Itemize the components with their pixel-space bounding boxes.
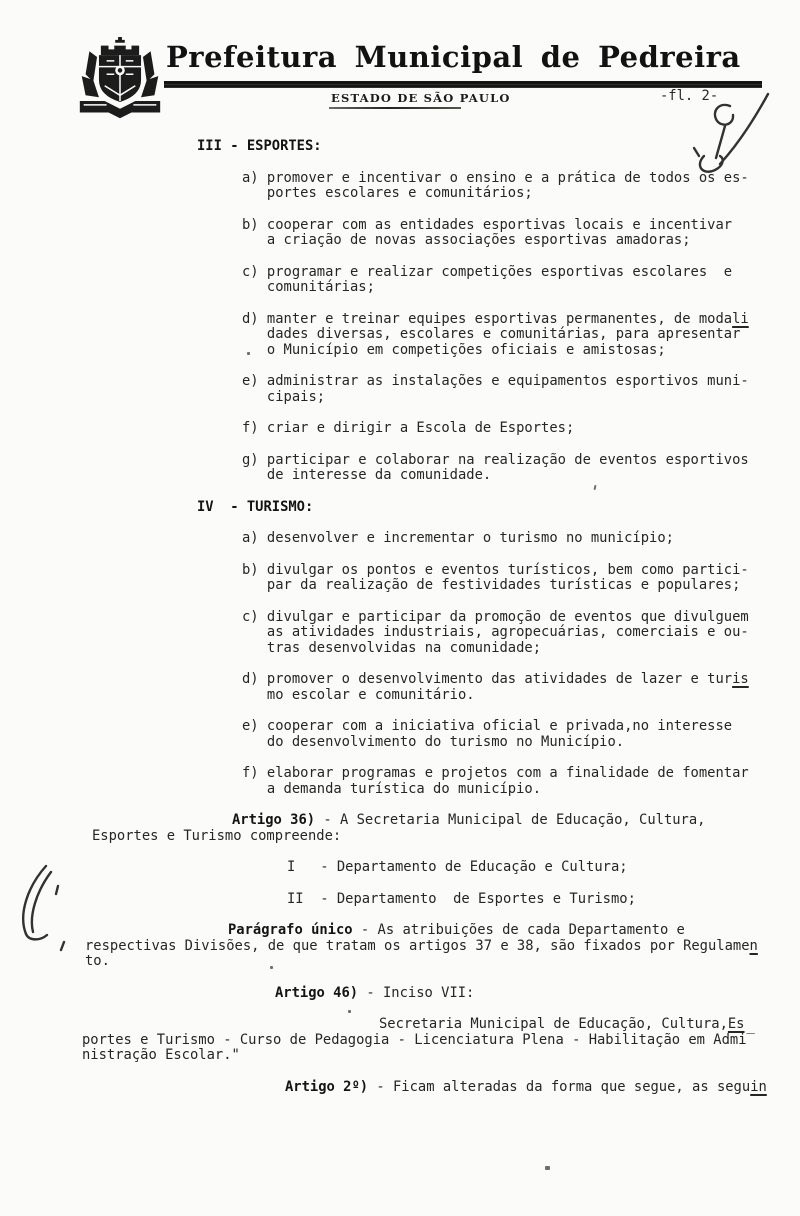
item-iii-b: b) cooperar com as entidades esportivas … <box>0 218 800 249</box>
section-heading: III - ESPORTES: <box>197 139 800 155</box>
text-line: II - Departamento de Esportes e Turismo; <box>287 892 800 908</box>
text-line: comunitárias; <box>242 280 800 296</box>
text-line: Esportes e Turismo compreende: <box>92 829 800 845</box>
item-iii-f: f) criar e dirigir a Escola de Esportes; <box>0 421 800 437</box>
document-body: III - ESPORTES:a) promover e incentivar … <box>0 139 800 1111</box>
text-line: portes e Turismo - Curso de Pedagogia - … <box>82 1033 800 1049</box>
text-line: f) elaborar programas e projetos com a f… <box>242 766 800 782</box>
item-iv-f: f) elaborar programas e projetos com a f… <box>0 766 800 797</box>
item-iii-e: e) administrar as instalações e equipame… <box>0 374 800 405</box>
item-iv-c: c) divulgar e participar da promoção de … <box>0 610 800 657</box>
artigo-heading: Parágrafo único - As atribuições de cada… <box>228 923 800 939</box>
page-number-label: -fl. 2- <box>660 88 718 104</box>
document-page: Prefeitura Municipal de Pedreira ESTADO … <box>0 0 800 1216</box>
item-iv-a: a) desenvolver e incrementar o turismo n… <box>0 531 800 547</box>
text-line: to. <box>85 954 800 970</box>
text-line: nistração Escolar." <box>82 1048 800 1064</box>
section-iv: IV - TURISMO: <box>0 500 800 516</box>
text-line: a criação de novas associações esportiva… <box>242 233 800 249</box>
text-line: b) cooperar com as entidades esportivas … <box>242 218 800 234</box>
section-heading: IV - TURISMO: <box>197 500 800 516</box>
item-iv-b: b) divulgar os pontos e eventos turístic… <box>0 563 800 594</box>
artigo-2: Artigo 2º) - Ficam alteradas da forma qu… <box>0 1080 800 1096</box>
text-line: respectivas Divisões, de que tratam os a… <box>85 939 800 955</box>
inciso-vii-text: Secretaria Municipal de Educação, Cultur… <box>0 1017 800 1064</box>
text-line: d) promover o desenvolvimento das ativid… <box>242 672 800 688</box>
depto-ii: II - Departamento de Esportes e Turismo; <box>0 892 800 908</box>
text-line: e) cooperar com a iniciativa oficial e p… <box>242 719 800 735</box>
item-iii-c: c) programar e realizar competições espo… <box>0 265 800 296</box>
depto-i: I - Departamento de Educação e Cultura; <box>0 860 800 876</box>
artigo-heading: Artigo 36) - A Secretaria Municipal de E… <box>232 813 800 829</box>
item-iii-a: a) promover e incentivar o ensino e a pr… <box>0 171 800 202</box>
artigo-heading: Artigo 46) - Inciso VII: <box>275 986 800 1002</box>
artigo-36: Artigo 36) - A Secretaria Municipal de E… <box>0 813 800 844</box>
text-line: de interesse da comunidade. <box>242 468 800 484</box>
state-subtitle: ESTADO DE SÃO PAULO <box>331 91 511 105</box>
text-line: mo escolar e comunitário. <box>242 688 800 704</box>
text-line: c) programar e realizar competições espo… <box>242 265 800 281</box>
text-line: I - Departamento de Educação e Cultura; <box>287 860 800 876</box>
item-iv-d: d) promover o desenvolvimento das ativid… <box>0 672 800 703</box>
item-iv-e: e) cooperar com a iniciativa oficial e p… <box>0 719 800 750</box>
text-line: a demanda turística do município. <box>242 782 800 798</box>
page-title: Prefeitura Municipal de Pedreira <box>166 40 766 74</box>
section-iii: III - ESPORTES: <box>0 139 800 155</box>
text-line: c) divulgar e participar da promoção de … <box>242 610 800 626</box>
text-line: a) promover e incentivar o ensino e a pr… <box>242 171 800 187</box>
text-line: tras desenvolvidas na comunidade; <box>242 641 800 657</box>
subtitle-rule <box>329 107 461 109</box>
text-line: portes escolares e comunitários; <box>242 186 800 202</box>
title-rule <box>164 81 762 88</box>
text-line: par da realização de festividades turíst… <box>242 578 800 594</box>
text-line: a) desenvolver e incrementar o turismo n… <box>242 531 800 547</box>
item-iii-g: g) participar e colaborar na realização … <box>0 453 800 484</box>
text-line: b) divulgar os pontos e eventos turístic… <box>242 563 800 579</box>
artigo-heading: Artigo 2º) - Ficam alteradas da forma qu… <box>285 1080 800 1096</box>
text-line: dades diversas, escolares e comunitárias… <box>242 327 800 343</box>
text-line: do desenvolvimento do turismo no Municíp… <box>242 735 800 751</box>
scan-speck <box>545 1166 550 1170</box>
text-line: cipais; <box>242 390 800 406</box>
item-iii-d: d) manter e treinar equipes esportivas p… <box>0 312 800 359</box>
text-line: e) administrar as instalações e equipame… <box>242 374 800 390</box>
paragrafo-unico: Parágrafo único - As atribuições de cada… <box>0 923 800 970</box>
text-line: d) manter e treinar equipes esportivas p… <box>242 312 800 328</box>
text-line: o Município em competições oficiais e am… <box>242 343 800 359</box>
text-line: Secretaria Municipal de Educação, Cultur… <box>379 1017 800 1033</box>
coat-of-arms-logo <box>72 36 168 124</box>
text-line: g) participar e colaborar na realização … <box>242 453 800 469</box>
text-line: as atividades industriais, agropecuárias… <box>242 625 800 641</box>
artigo-46: Artigo 46) - Inciso VII: <box>0 986 800 1002</box>
text-line: f) criar e dirigir a Escola de Esportes; <box>242 421 800 437</box>
